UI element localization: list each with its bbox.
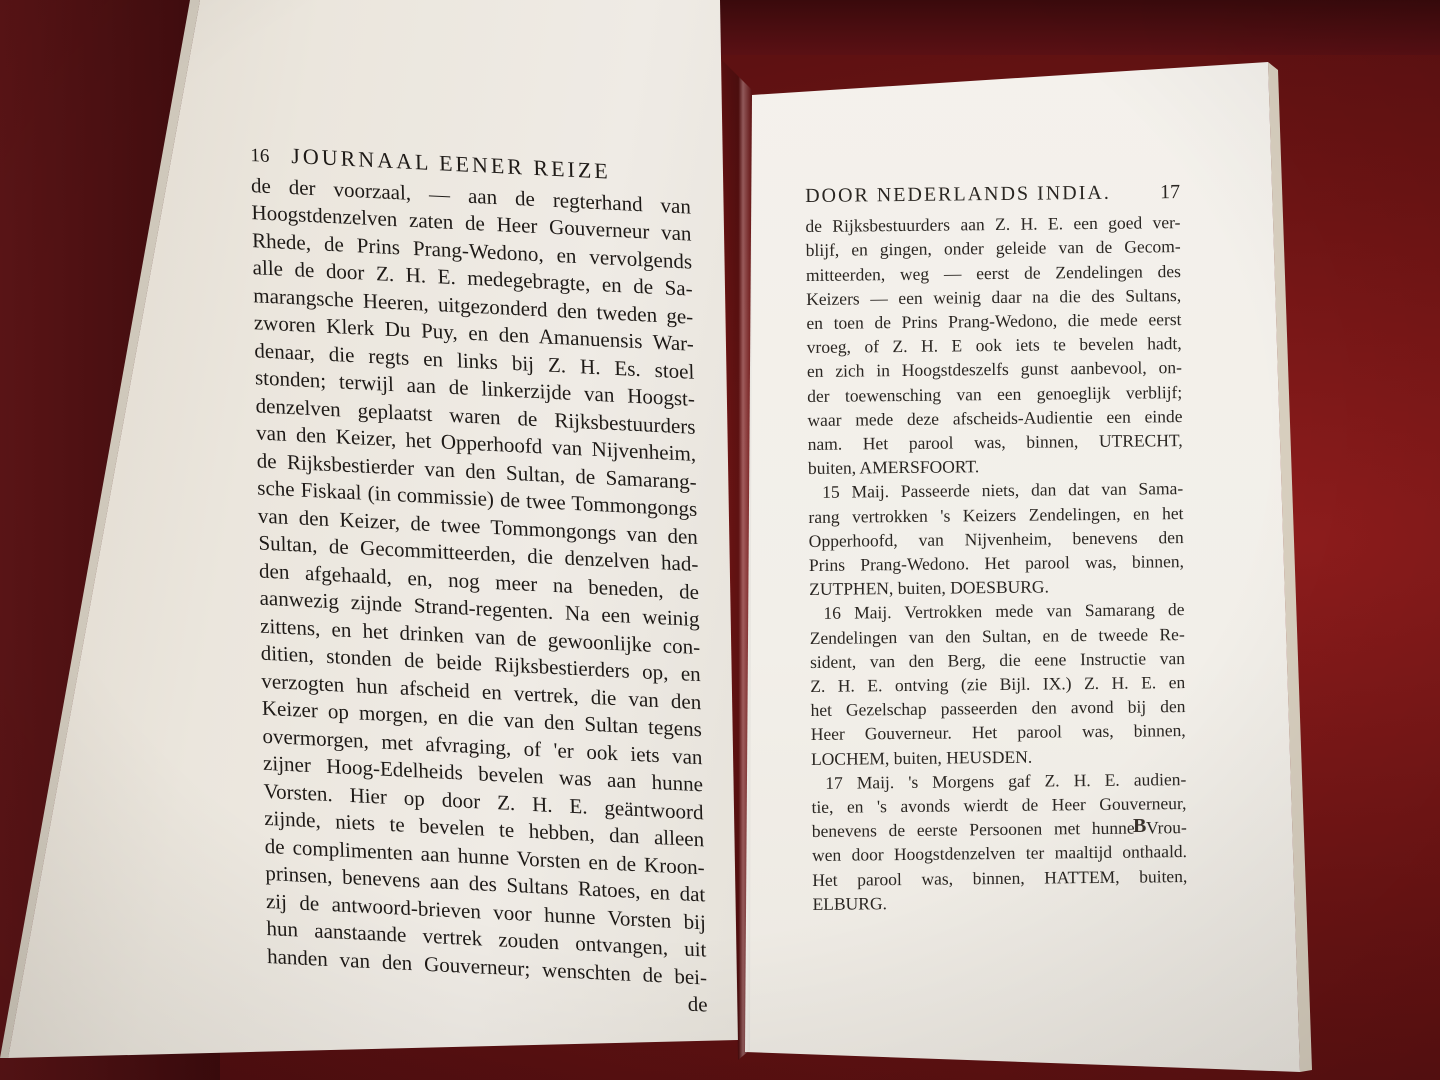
text-line: 15 Maij. Passeerde niets, dan dat van Sa…: [808, 476, 1183, 504]
text-line: blijf, en gingen, onder geleide van de G…: [806, 234, 1181, 262]
right-running-head: DOOR NEDERLANDS INDIA.: [805, 181, 1111, 208]
text-line: mitteerden, weg — eerst de Zendelingen d…: [806, 259, 1181, 287]
text-line: Zendelingen van den Sultan, en de tweede…: [810, 622, 1185, 650]
left-page-text: 16 JOURNAAL EENER REIZE de der voorzaal,…: [250, 140, 708, 1019]
right-page-body: de Rijksbestuurders aan Z. H. E. een goe…: [805, 210, 1187, 916]
text-line: Het parool was, binnen, HATTEM, buiten,: [812, 864, 1187, 892]
left-page-number: 16: [250, 142, 270, 170]
right-page-header: DOOR NEDERLANDS INDIA. 17: [805, 180, 1180, 208]
text-line: wen door Hoogstdenzelven ter maaltijd on…: [812, 840, 1187, 868]
book-cover-top: [620, 0, 1440, 55]
right-page-number: 17: [1160, 180, 1180, 204]
text-line: der toewensching van een genoeglijk verb…: [807, 380, 1182, 408]
text-line: rang vertrokken 's Keizers Zendelingen, …: [808, 501, 1183, 529]
text-line: Heer Gouverneur. Het parool was, binnen,: [811, 719, 1186, 747]
text-line: Prins Prang-Wedono. Het parool was, binn…: [809, 549, 1184, 577]
text-line: nam. Het parool was, binnen, UTRECHT,: [808, 428, 1183, 456]
text-line: ELBURG.: [812, 888, 1187, 916]
right-page-text: DOOR NEDERLANDS INDIA. 17 de Rijksbestuu…: [805, 180, 1188, 916]
text-line: en zich in Hoogstdeszelfs gunst aanbevoo…: [807, 355, 1182, 383]
text-line: 16 Maij. Vertrokken mede van Samarang de: [809, 598, 1184, 626]
left-page-body: de der voorzaal, — aan de regterhand van…: [251, 172, 708, 1020]
signature-mark: B: [1133, 815, 1146, 838]
